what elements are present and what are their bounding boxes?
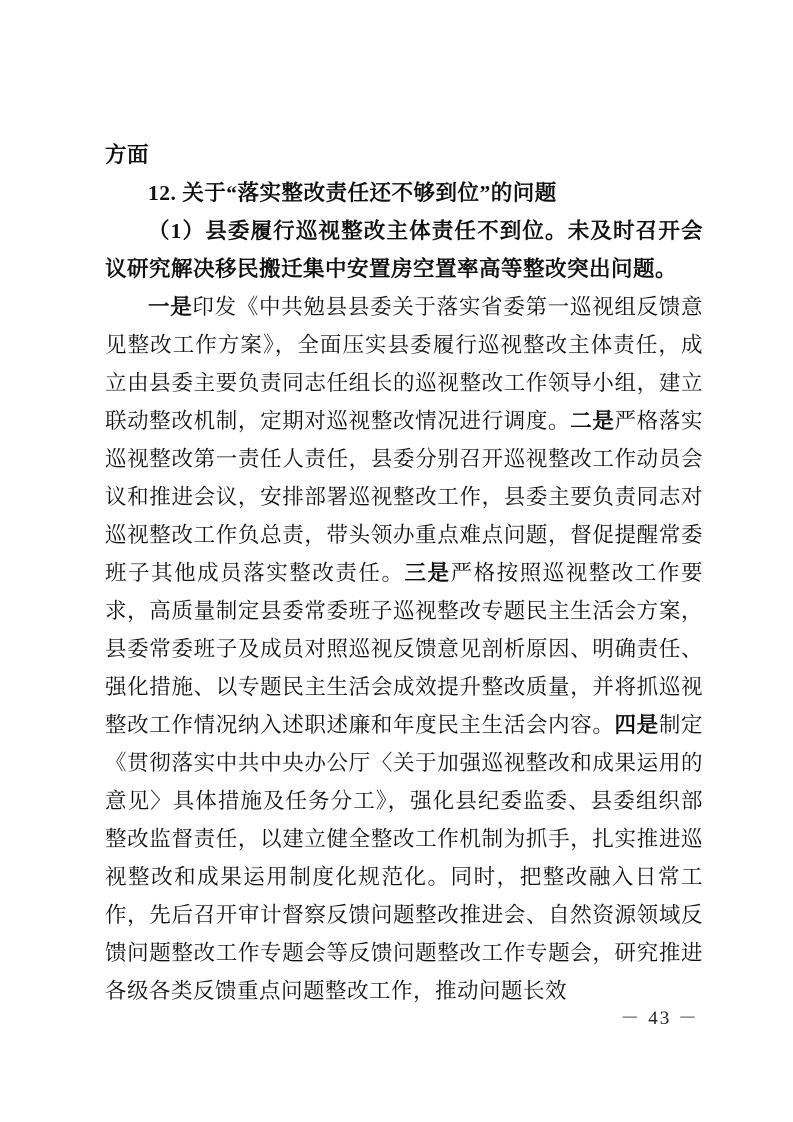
page-number: － 43 － [620, 1003, 699, 1030]
body-text-2: 严格落实巡视整改第一责任人责任，县委分别召开巡视整改工作动员会议和推进会议，安排… [105, 409, 703, 585]
body-text-3: 严格按照巡视整改工作要求，高质量制定县委常委班子巡视整改专题民主生活会方案，县委… [105, 561, 703, 737]
document-content: 方面 12. 关于“落实整改责任还不够到位”的问题 （1）县委履行巡视整改主体责… [105, 136, 703, 1010]
list-marker-sishi: 四是 [615, 713, 659, 737]
list-marker-sanshi: 三是 [405, 561, 451, 585]
paragraph-continuation: 方面 [105, 136, 703, 174]
list-marker-ershi: 二是 [570, 409, 614, 433]
body-text-4: 制定《贯彻落实中共中央办公厅〈关于加强巡视整改和成果运用的意见〉具体措施及任务分… [105, 713, 703, 1003]
document-page: 方面 12. 关于“落实整改责任还不够到位”的问题 （1）县委履行巡视整改主体责… [0, 0, 793, 1122]
subsection-heading: （1）县委履行巡视整改主体责任不到位。未及时召开会议研究解决移民搬迁集中安置房空… [105, 212, 703, 288]
list-marker-yishi: 一是 [148, 295, 192, 319]
body-paragraph: 一是印发《中共勉县县委关于落实省委第一巡视组反馈意见整改工作方案》，全面压实县委… [105, 288, 703, 1010]
section-heading: 12. 关于“落实整改责任还不够到位”的问题 [105, 174, 703, 212]
